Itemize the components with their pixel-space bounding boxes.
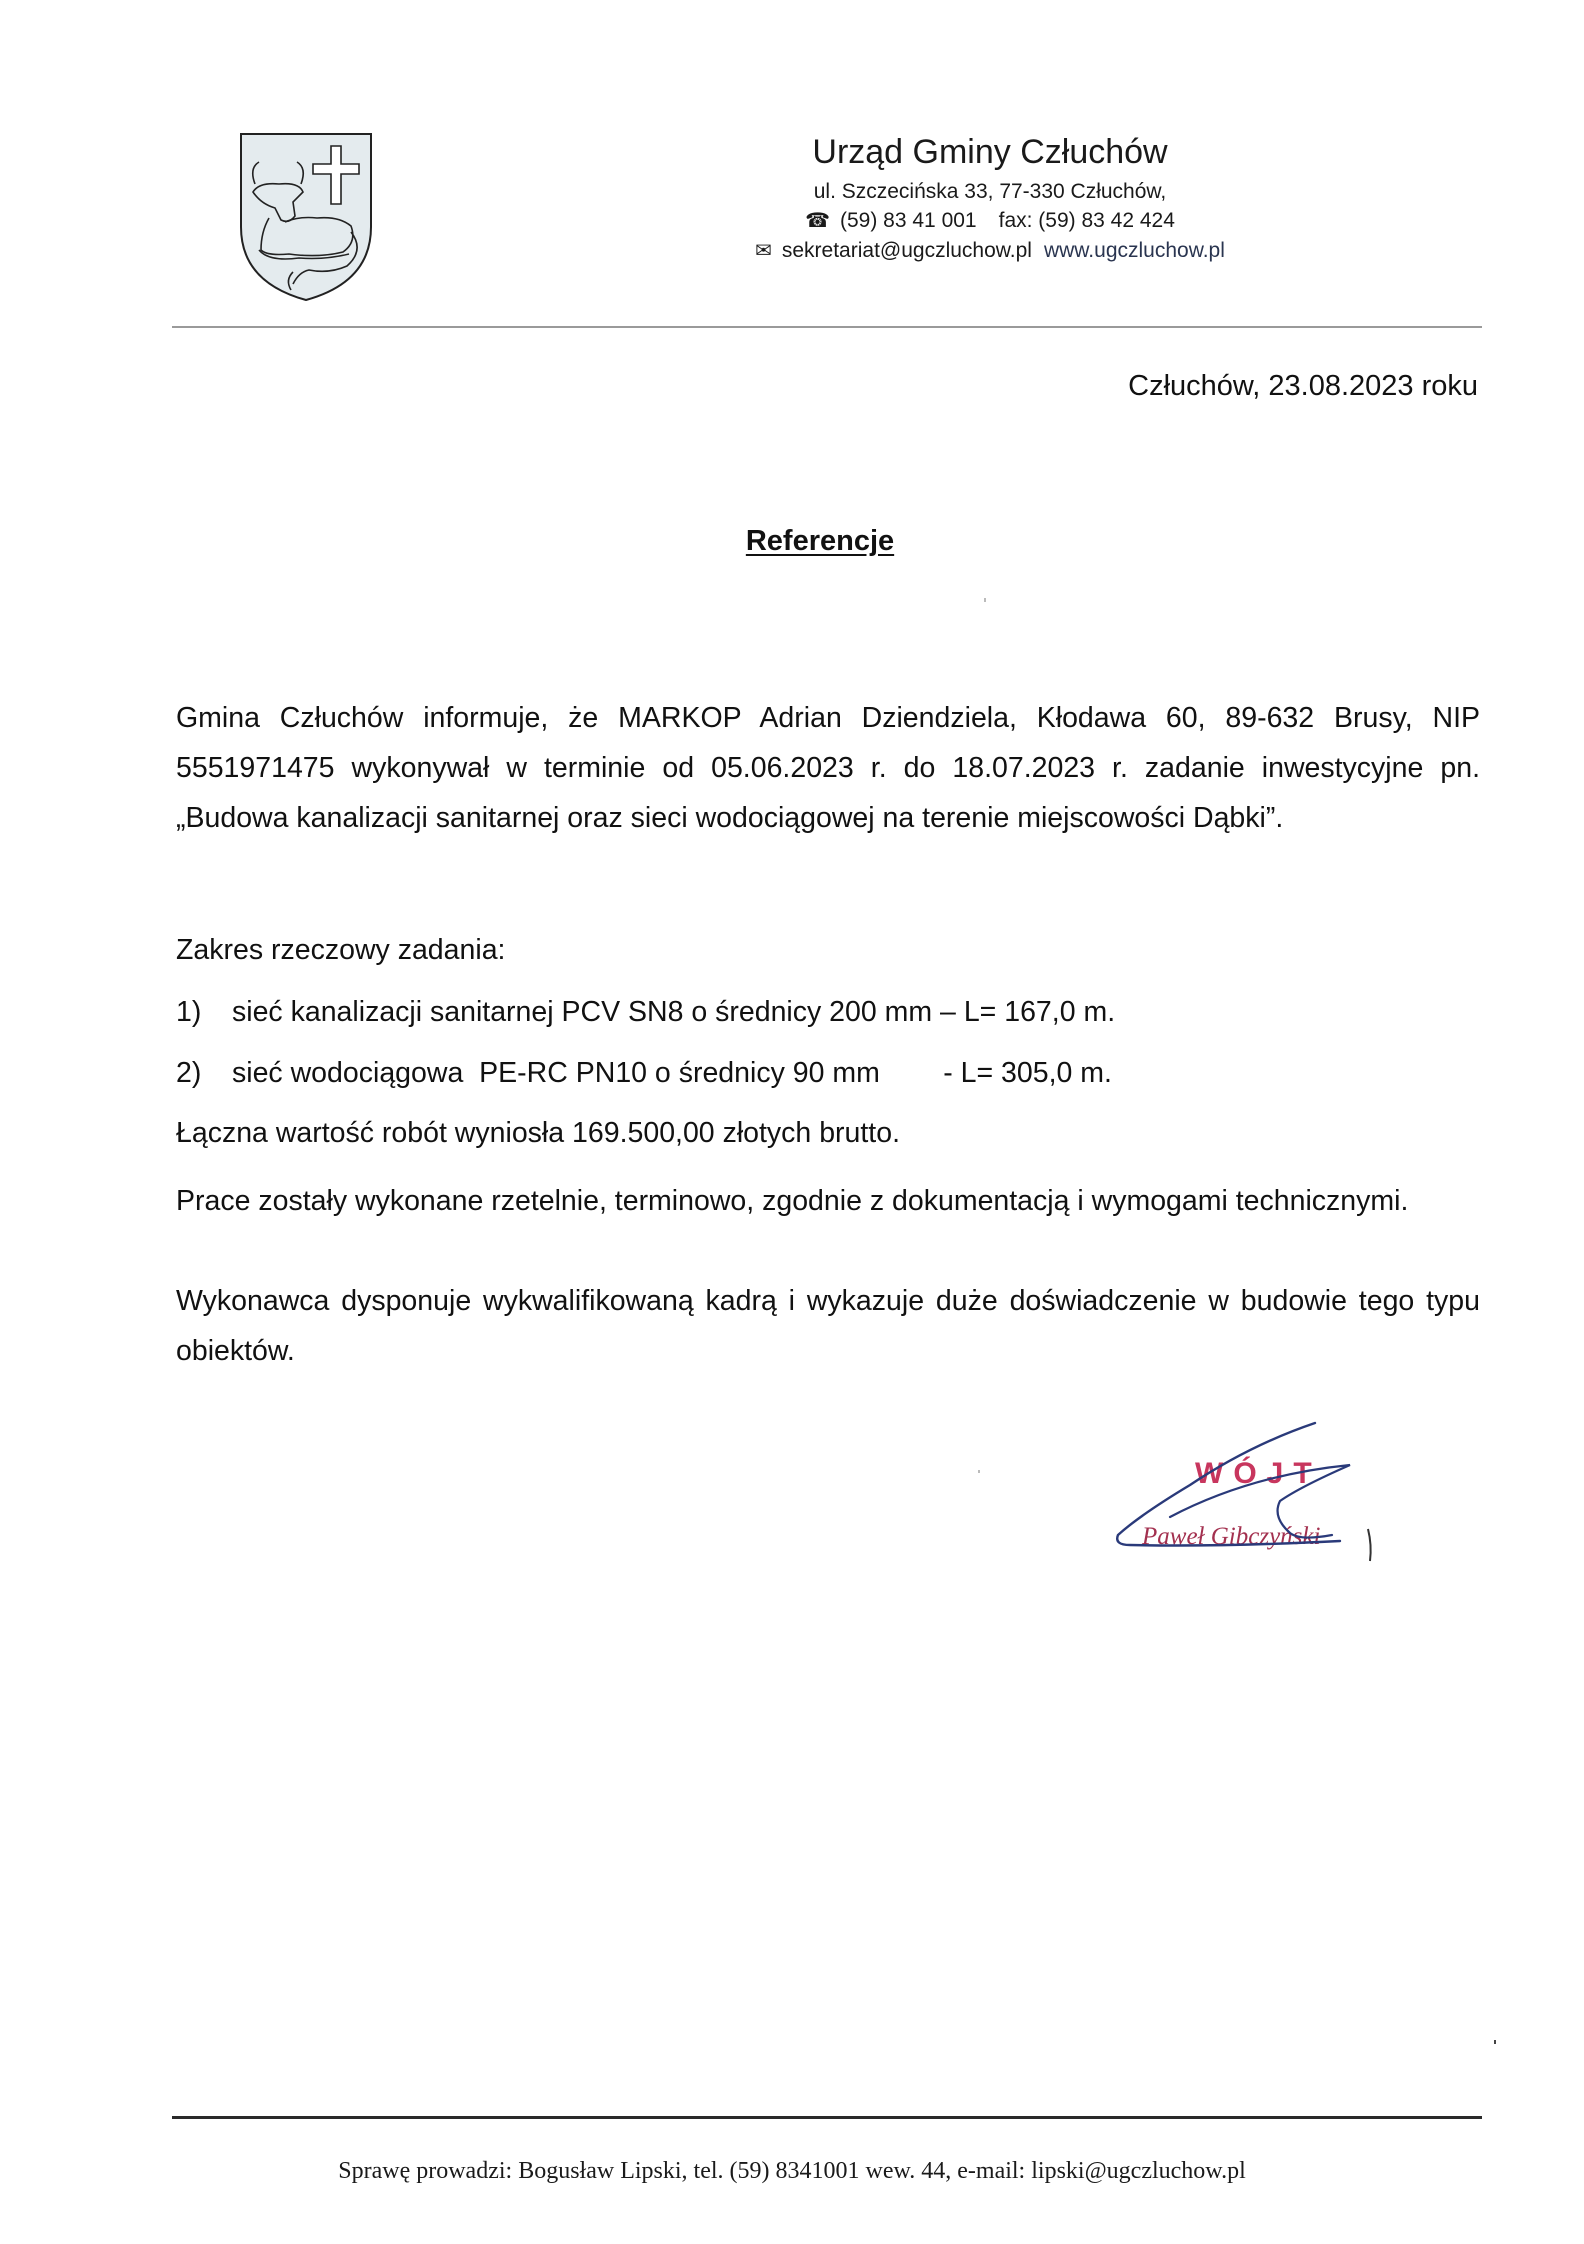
scan-speck [978,1470,980,1473]
organization-phone-line: ☎(59) 83 41 001fax: (59) 83 42 424 [690,208,1290,233]
handwritten-signature [1100,1405,1390,1575]
total-value-statement: Łączna wartość robót wyniosła 169.500,00… [176,1117,900,1150]
telephone-icon: ☎ [805,208,830,233]
signature-stamp: WÓJT Paweł Gibczyński [1100,1405,1390,1575]
scope-heading: Zakres rzeczowy zadania: [176,934,505,967]
footer-contact-info: Sprawę prowadzi: Bogusław Lipski, tel. (… [0,2158,1584,2185]
phone-number: (59) 83 41 001 [840,209,977,232]
footer-divider [172,2116,1482,2119]
scan-speck [1494,2040,1496,2044]
mail-hand-icon: ✉ [755,238,772,263]
email-link[interactable]: sekretariat@ugczluchow.pl [782,239,1032,262]
document-title: Referencje [0,525,1584,558]
list-item-number: 1) [176,996,232,1029]
organization-contact-line: ✉sekretariat@ugczluchow.plwww.ugczluchow… [690,238,1290,263]
place-and-date: Człuchów, 23.08.2023 roku [1128,370,1478,403]
organization-name: Urząd Gminy Człuchów [690,133,1290,172]
list-item-text: sieć wodociągowa PE-RC PN10 o średnicy 9… [232,1057,1112,1089]
intro-paragraph: Gmina Człuchów informuje, że MARKOP Adri… [176,693,1480,843]
header-divider [172,326,1482,328]
scope-list-item: 2)sieć wodociągowa PE-RC PN10 o średnicy… [176,1057,1112,1090]
fax-number: fax: (59) 83 42 424 [999,209,1175,232]
experience-statement: Wykonawca dysponuje wykwalifikowaną kadr… [176,1276,1480,1376]
coat-of-arms-logo [239,132,375,302]
scope-list-item: 1)sieć kanalizacji sanitarnej PCV SN8 o … [176,996,1115,1029]
list-item-number: 2) [176,1057,232,1090]
list-item-text: sieć kanalizacji sanitarnej PCV SN8 o śr… [232,996,1115,1028]
organization-address: ul. Szczecińska 33, 77-330 Człuchów, [690,180,1290,204]
quality-statement: Prace zostały wykonane rzetelnie, termin… [176,1176,1480,1226]
scan-speck [984,598,986,602]
website-link[interactable]: www.ugczluchow.pl [1044,239,1225,262]
